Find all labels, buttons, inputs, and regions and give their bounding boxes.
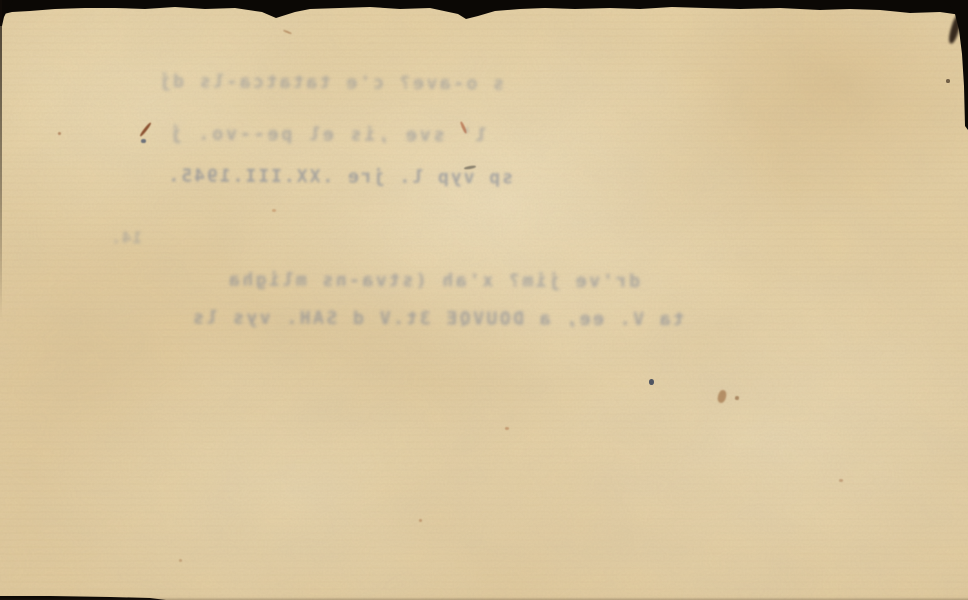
paper-speck [839, 479, 843, 482]
scanner-background: s o-ave? c'e tatatca-ls djl' sve ,is el … [0, 0, 968, 600]
paper-speck [649, 379, 654, 385]
stains-layer [0, 0, 968, 600]
paper-speck [272, 209, 276, 212]
paper-speck [735, 396, 739, 400]
paper-speck [459, 121, 467, 134]
paper-speck [505, 427, 509, 430]
paper-speck [419, 519, 422, 522]
paper-speck [141, 139, 146, 143]
paper-speck [283, 29, 292, 34]
edge-shadow-left [0, 0, 2, 320]
paper-speck [179, 559, 182, 562]
paper-speck [946, 79, 950, 83]
paper-sheet: s o-ave? c'e tatatca-ls djl' sve ,is el … [0, 0, 968, 600]
paper-speck [947, 13, 963, 44]
paper-speck [716, 389, 727, 404]
paper-speck [139, 122, 152, 137]
paper-speck [58, 132, 61, 135]
paper-speck [464, 165, 476, 170]
